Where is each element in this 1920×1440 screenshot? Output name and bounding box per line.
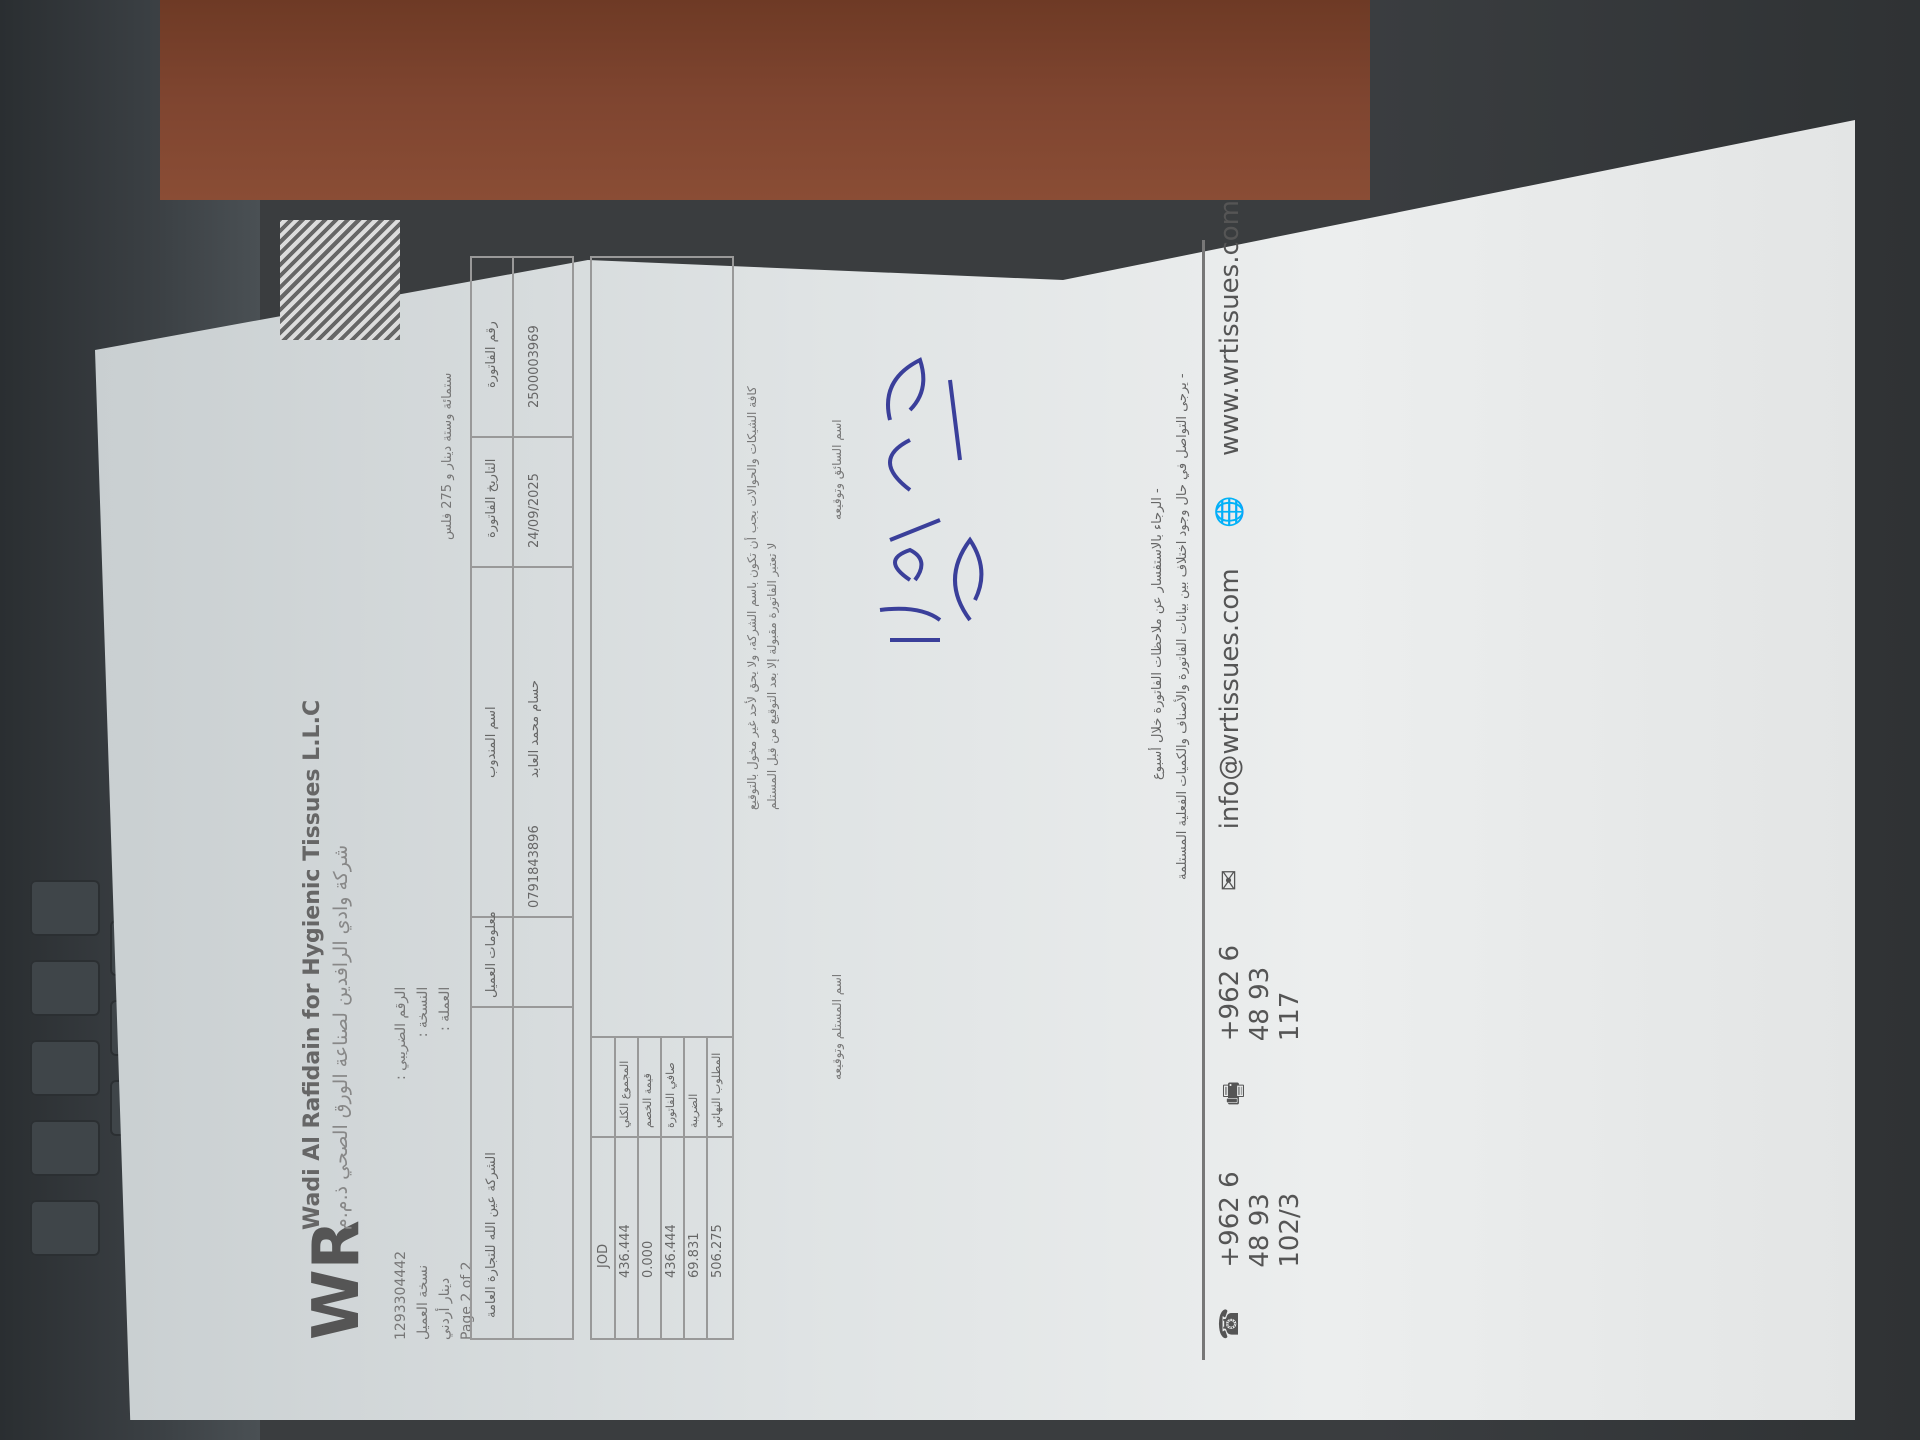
customer-name: الشركة عين الله للتجارة العامة	[484, 1152, 499, 1318]
currency-label: العملة :	[434, 987, 456, 1080]
desk-surface	[160, 0, 1370, 200]
rep-name: حسام محمد العابد	[527, 680, 542, 778]
footer-website: www.wrtissues.com	[1215, 200, 1305, 456]
totals-value: 506.275	[710, 1224, 725, 1278]
totals-label: المطلوب النهائي	[710, 1053, 723, 1128]
tax-number: 1293304442	[390, 1251, 412, 1340]
note-line-2: لا تعتبر الفاتورة مقبولة إلا بعد التوقيع…	[765, 543, 779, 810]
globe-icon: 🌐	[1215, 496, 1305, 528]
amount-in-words: ستمائة وستة دينار و 275 فلس	[440, 373, 455, 540]
key	[30, 1200, 100, 1256]
header-invoice-date: التاريخ الفاتورة	[484, 459, 499, 538]
header-rep-name: اسم المندوب	[484, 706, 499, 778]
handwritten-signature	[850, 260, 990, 660]
totals-currency: JOD	[596, 1244, 611, 1268]
totals-value: 436.444	[664, 1224, 679, 1278]
key	[30, 880, 100, 936]
totals-value: 69.831	[687, 1233, 702, 1279]
copy-label: النسخة :	[412, 987, 434, 1080]
footer-phone-1: +962 6 48 93 102/3	[1215, 1146, 1305, 1268]
company-name-ar: شركة وادي الرافدين لصناعة الورق الصحي ذ.…	[330, 845, 352, 1230]
totals-row	[660, 1038, 662, 1338]
footer-phone-2: +962 6 48 93 117	[1215, 931, 1305, 1041]
totals-value: 436.444	[618, 1224, 633, 1278]
key	[30, 1120, 100, 1176]
terms-line-2: - يرجى التواصل في حال وجود اختلاف بين بي…	[1175, 373, 1190, 880]
receiver-signature-label: اسم المستلم وتوقيعه	[830, 974, 844, 1080]
footer-email: info@wrtissues.com	[1215, 568, 1305, 829]
totals-label: المجموع الكلي	[618, 1061, 631, 1128]
key	[30, 1040, 100, 1096]
totals-row	[614, 1038, 616, 1338]
totals-value: 0.000	[641, 1241, 656, 1278]
qr-code	[280, 220, 400, 340]
invoice-info-table: رقم الفاتورة التاريخ الفاتورة اسم المندو…	[470, 256, 574, 1340]
key	[30, 960, 100, 1016]
driver-signature-label: اسم السائق وتوقيعه	[830, 419, 844, 520]
footer-divider	[1202, 240, 1205, 1360]
company-name-en: Wadi Al Rafidain for Hygienic Tissues L.…	[300, 700, 325, 1230]
fax-icon: 🖷	[1215, 1081, 1305, 1106]
header-left-meta: 1293304442 نسخة العميل دينار أردني Page …	[390, 1251, 478, 1340]
note-line-1: كافة الشيكات والحوالات يجب أن تكون باسم …	[745, 386, 759, 810]
header-customer-info: معلومات العميل	[484, 911, 499, 998]
totals-label: الضريبة	[687, 1094, 700, 1128]
totals-row	[683, 1038, 685, 1338]
totals-label: قيمة الخصم	[641, 1073, 654, 1128]
invoice-date: 24/09/2025	[527, 473, 542, 548]
tax-number-label: الرقم الضريبي :	[390, 987, 412, 1080]
invoice-number: 2500003969	[527, 325, 542, 408]
phone-icon: ☎	[1215, 1308, 1305, 1340]
invoice-document: WR Wadi Al Rafidain for Hygienic Tissues…	[150, 200, 1710, 1380]
mail-icon: ✉	[1215, 869, 1305, 891]
header-labels: الرقم الضريبي : النسخة : العملة :	[390, 987, 456, 1080]
totals-table: JOD 436.444المجموع الكلي0.000قيمة الخصم4…	[590, 1036, 734, 1340]
totals-row	[706, 1038, 708, 1338]
totals-label: صافي الفاتورة	[664, 1062, 677, 1128]
rep-phone: 0791843896	[527, 825, 542, 908]
terms-line-1: - الرجاء بالاستفسار عن ملاحظات الفاتورة …	[1150, 488, 1165, 780]
totals-row	[637, 1038, 639, 1338]
header-invoice-no: رقم الفاتورة	[484, 321, 499, 388]
company-logo: WR	[300, 1220, 374, 1340]
invoice-copy: نسخة العميل	[412, 1251, 434, 1340]
footer-contact: ☎ +962 6 48 93 102/3 🖷 +962 6 48 93 117 …	[1215, 200, 1305, 1340]
currency: دينار أردني	[434, 1251, 456, 1340]
